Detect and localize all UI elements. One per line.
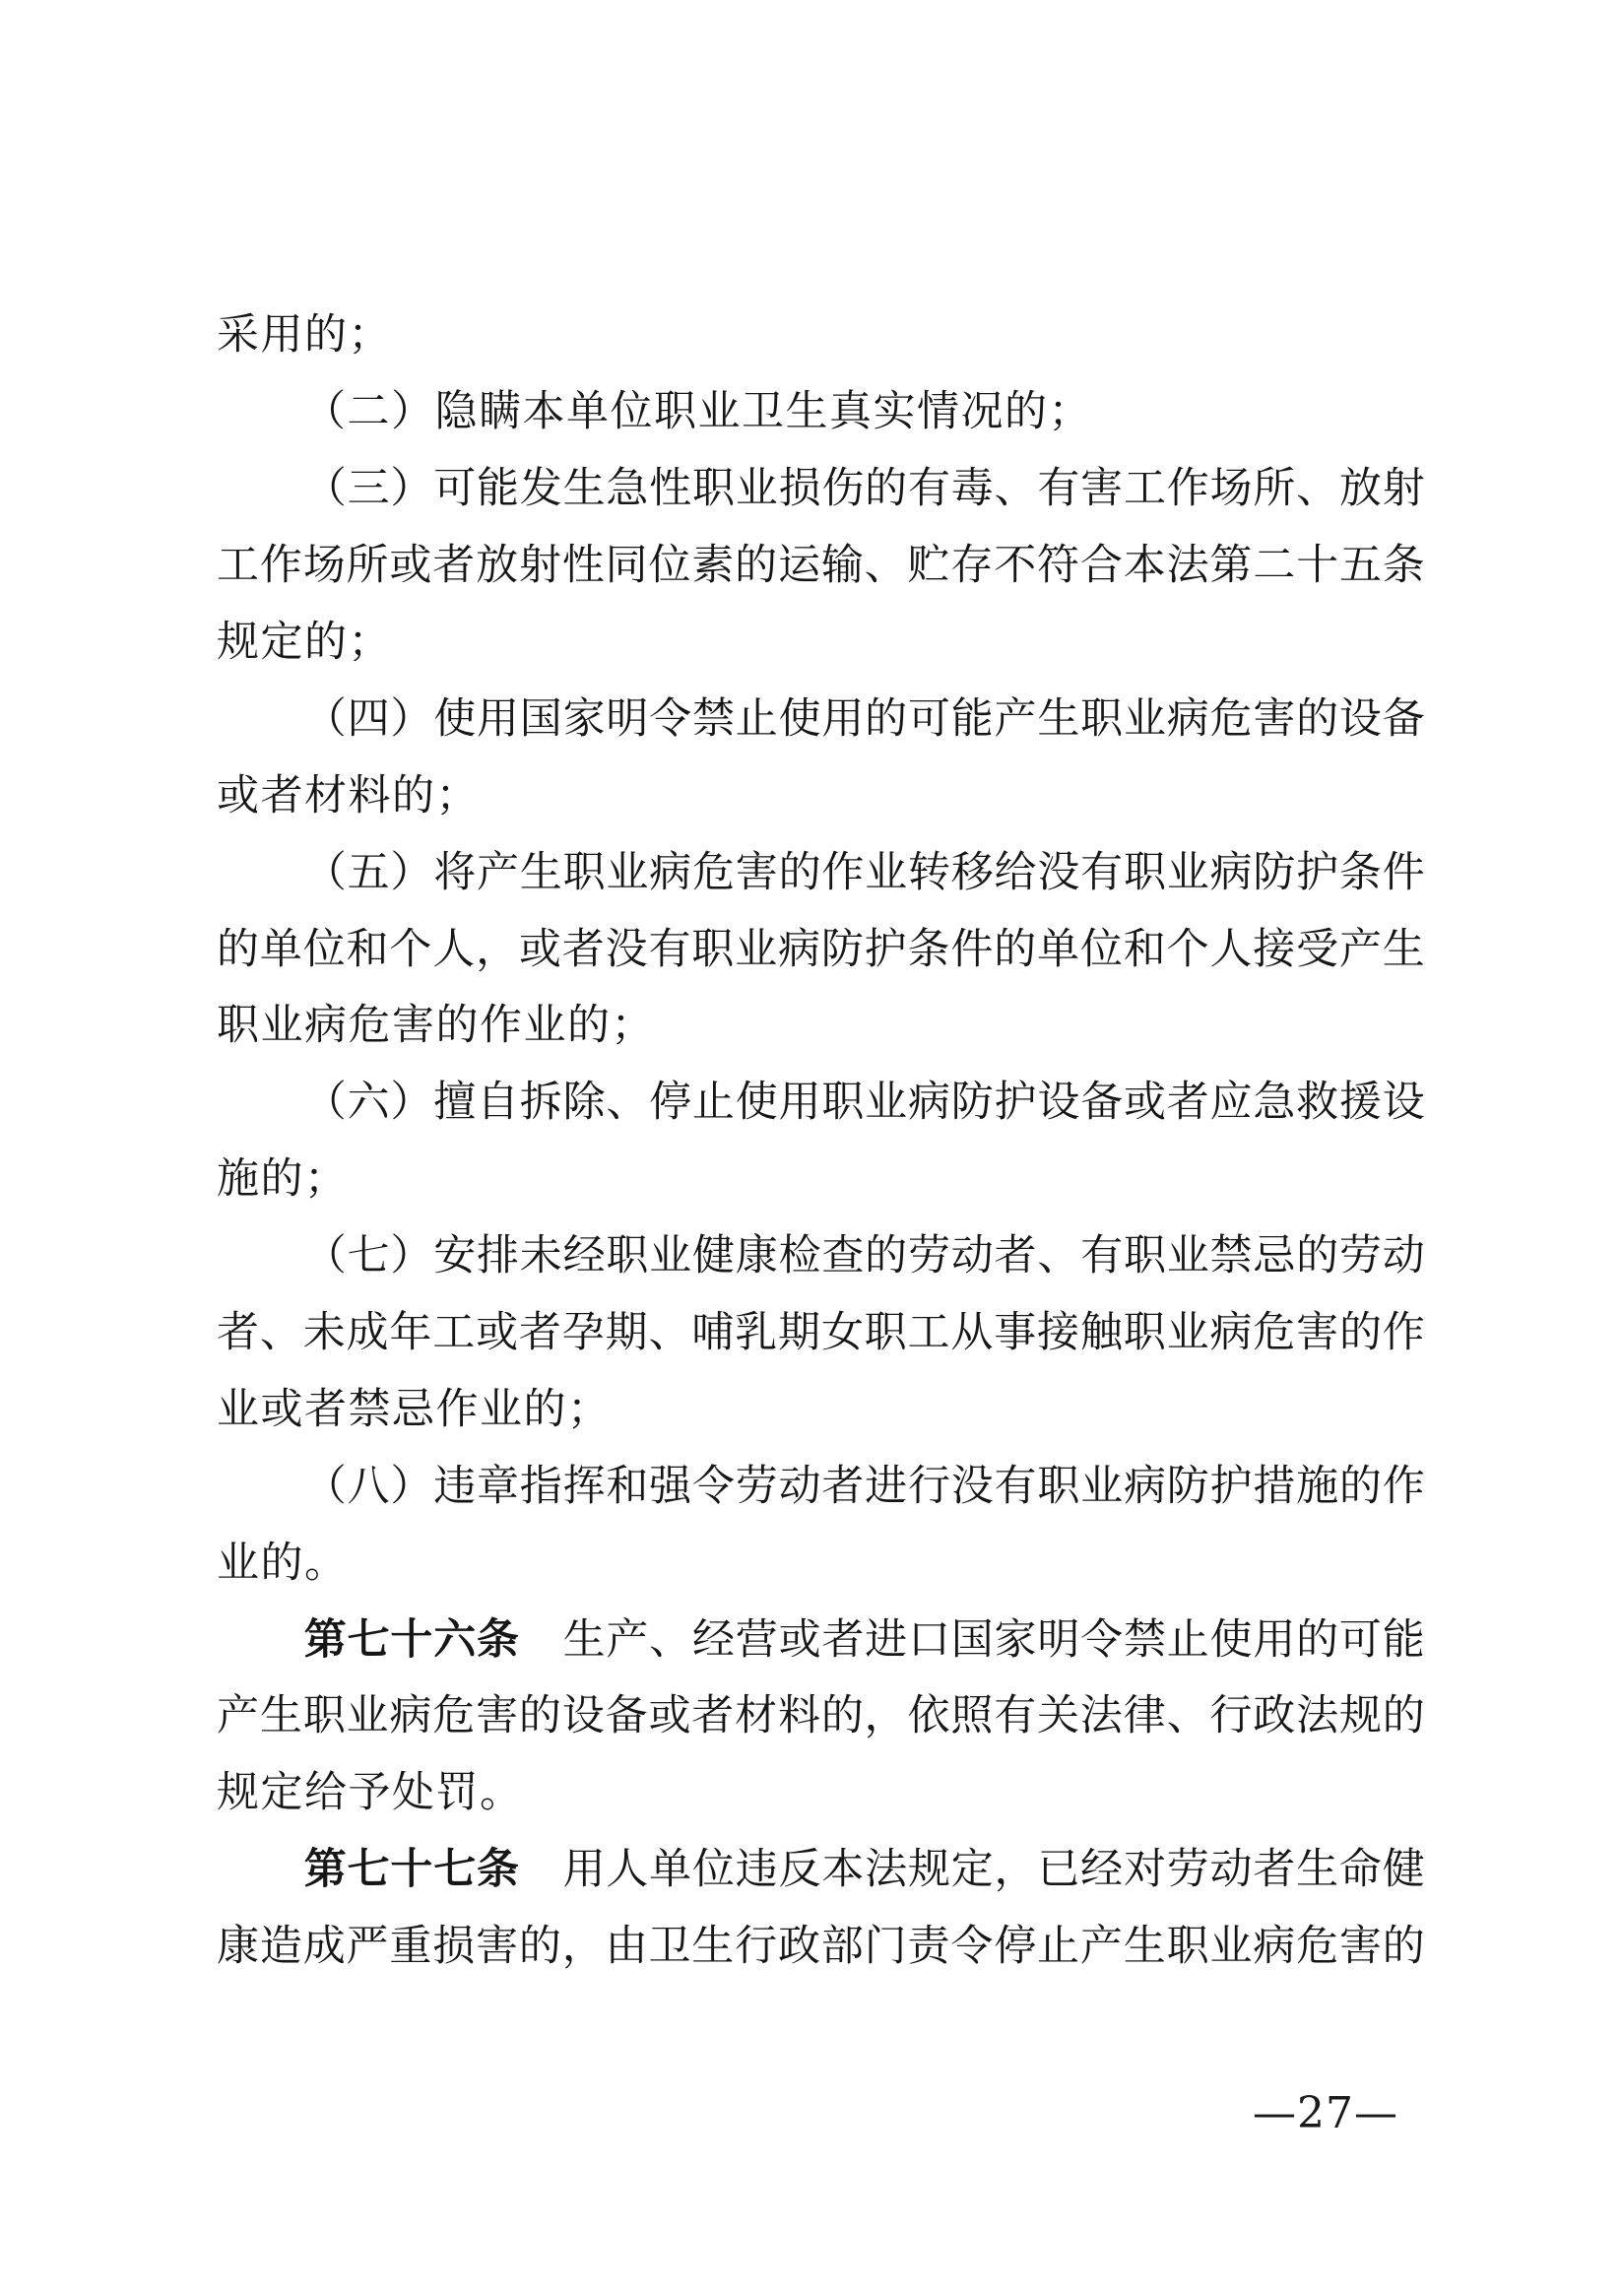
text-char: 者: [821, 1619, 864, 1662]
text-char: 将: [433, 852, 476, 894]
text-char: 设: [562, 1695, 605, 1738]
text-char: 明: [606, 698, 648, 741]
text-char: 病: [1253, 1926, 1295, 1968]
text-char: 有: [1037, 468, 1079, 510]
article-number-char: 第: [304, 1849, 347, 1891]
paragraph-indent: [217, 719, 303, 720]
text-char: 给: [995, 852, 1037, 894]
text-char: 没: [1037, 852, 1079, 894]
text-run: 规定的；: [217, 622, 392, 664]
text-char: 职: [865, 1312, 907, 1354]
text-char: 单: [260, 929, 302, 971]
text-char: 经: [1080, 1849, 1123, 1891]
text-char: 的: [1383, 1695, 1425, 1738]
text-char: 责: [908, 1926, 950, 1968]
text-char: ）: [390, 1235, 432, 1278]
text-char: 六: [348, 1082, 390, 1124]
text-char: 健: [1383, 1849, 1425, 1891]
text-char: 放: [1339, 468, 1382, 510]
text-char: 的: [519, 1695, 561, 1738]
text-char: 职: [1124, 1235, 1166, 1278]
text-char: 工: [1124, 468, 1166, 510]
text-char: 害: [1296, 1312, 1338, 1354]
text-char: 防: [951, 1082, 994, 1124]
text-char: 对: [1124, 1849, 1166, 1891]
text-char: 或: [519, 929, 561, 971]
text-char: 可: [908, 698, 950, 741]
text-char: 的: [1296, 1235, 1338, 1278]
text-run: 采用的；: [217, 314, 392, 357]
text-char: 政: [778, 1926, 820, 1968]
text-char: 料: [778, 1695, 820, 1738]
text-char: 作: [821, 852, 864, 894]
text-char: 禁: [1210, 1235, 1253, 1278]
text-char: 有: [994, 1695, 1036, 1738]
text-char: 产: [995, 698, 1037, 741]
text-run: 或者材料的；: [217, 775, 480, 818]
text-char: 生: [563, 468, 606, 510]
text-char: 忌: [1253, 1235, 1295, 1278]
text-char: 有: [1080, 852, 1123, 894]
text-char: 成: [303, 1926, 346, 1968]
text-char: （: [304, 1082, 347, 1124]
text-char: 国: [520, 698, 562, 741]
text-char: 令: [649, 698, 691, 741]
text-char: 产: [1339, 929, 1382, 971]
paragraph-indent: [217, 1256, 303, 1257]
text-char: 用: [821, 698, 864, 741]
text-char: 劳: [1167, 1849, 1209, 1891]
paragraph-indent: [217, 489, 303, 490]
text-char: 或: [779, 1619, 821, 1662]
text-char: 动: [1210, 1849, 1253, 1891]
text-line: 或者材料的；: [217, 757, 1425, 834]
text-char: 的: [217, 929, 259, 971]
text-char: 害: [1339, 1926, 1382, 1968]
text-char: 或: [476, 1312, 518, 1354]
text-char: 严: [347, 1926, 389, 1968]
page-number: —27—: [1253, 2088, 1398, 2140]
text-char: 职: [303, 1695, 346, 1738]
text-char: 从: [950, 1312, 993, 1354]
article-number-char: 七: [348, 1849, 390, 1891]
text-char: 运: [778, 545, 820, 587]
text-run: 规定给予处罚。: [217, 1772, 524, 1814]
text-char: 除: [563, 1082, 606, 1124]
paragraph-indent: [217, 1640, 303, 1641]
text-char: 指: [520, 1466, 562, 1508]
text-char: 危: [432, 1695, 475, 1738]
text-char: 病: [1167, 698, 1209, 741]
article-number-char: 七: [433, 1849, 476, 1891]
text-char: 劳: [908, 1235, 950, 1278]
text-char: 违: [433, 1466, 476, 1508]
text-char: 检: [779, 1235, 821, 1278]
text-char: 依: [908, 1695, 950, 1738]
text-char: 已: [1037, 1849, 1079, 1891]
text-char: 场: [303, 545, 346, 587]
text-char: 第: [1209, 545, 1252, 587]
paragraph-indent: [217, 1102, 303, 1103]
text-char: 业: [1167, 852, 1209, 894]
text-char: 法: [1167, 545, 1209, 587]
text-char: 应: [1210, 1082, 1253, 1124]
text-char: 门: [865, 1926, 907, 1968]
text-char: 令: [1080, 1619, 1123, 1662]
text-char: 用: [477, 698, 519, 741]
text-char: 职: [1124, 852, 1166, 894]
text-char: 病: [778, 929, 820, 971]
text-char: （: [304, 1466, 347, 1508]
text-char: 作: [1383, 1466, 1425, 1508]
text-char: 的: [865, 468, 907, 510]
text-char: 止: [1167, 1619, 1209, 1662]
text-char: 备: [1383, 698, 1425, 741]
text-char: 止: [736, 698, 778, 741]
text-char: 规: [908, 1849, 950, 1891]
text-char: 护: [865, 929, 907, 971]
text-char: 、: [260, 1312, 302, 1354]
text-char: 材: [735, 1695, 777, 1738]
text-char: 害: [1253, 698, 1295, 741]
text-char: 业: [606, 852, 648, 894]
text-char: 定: [951, 1849, 994, 1891]
text-char: 接: [1253, 929, 1295, 971]
text-char: 乳: [735, 1312, 777, 1354]
text-char: 不: [994, 545, 1036, 587]
text-char: 毒: [951, 468, 994, 510]
text-char: 规: [1339, 1695, 1382, 1738]
text-char: 、: [865, 545, 907, 587]
text-line: 的单位和个人，或者没有职业病防护条件的单位和个人接受产生: [217, 911, 1425, 988]
text-char: 、: [648, 1312, 690, 1354]
text-char: 用: [779, 1082, 821, 1124]
text-char: 强: [649, 1466, 691, 1508]
text-char: 防: [821, 929, 864, 971]
text-char: 者: [1167, 1082, 1209, 1124]
text-char: 业: [1080, 1466, 1123, 1508]
text-char: 者: [432, 545, 475, 587]
text-char: 产: [477, 852, 519, 894]
text-char: 符: [1037, 545, 1079, 587]
text-char: 查: [821, 1235, 864, 1278]
text-char: 生: [1296, 1849, 1338, 1891]
text-char: 件: [950, 929, 993, 971]
text-char: 位: [648, 545, 690, 587]
text-char: 救: [1296, 1082, 1338, 1124]
text-char: 受: [1296, 929, 1338, 971]
text-line: （五）将产生职业病危害的作业转移给没有职业病防护条件: [217, 834, 1425, 911]
text-char: 孕: [562, 1312, 605, 1354]
text-char: 、: [1037, 1235, 1079, 1278]
text-char: 部: [821, 1926, 864, 1968]
text-char: 健: [692, 1235, 735, 1278]
text-char: 三: [348, 468, 390, 510]
text-char: 防: [1167, 1466, 1209, 1508]
text-char: 七: [348, 1235, 390, 1278]
text-char: 事: [994, 1312, 1036, 1354]
text-char: 输: [821, 545, 864, 587]
text-char: 能: [477, 468, 519, 510]
text-char: 急: [1253, 1082, 1295, 1124]
text-char: 或: [1124, 1082, 1166, 1124]
text-char: 业: [865, 852, 907, 894]
text-char: 十: [1296, 545, 1338, 587]
article-number-char: 六: [433, 1619, 476, 1662]
text-run: 职业病危害的作业的；: [217, 1005, 655, 1047]
text-char: 职: [606, 1235, 648, 1278]
text-char: 卫: [648, 1926, 690, 1968]
text-char: 害: [476, 1926, 518, 1968]
text-char: 病: [1124, 1466, 1166, 1508]
text-char: 护: [995, 1082, 1037, 1124]
text-char: 口: [908, 1619, 950, 1662]
text-line: 采用的；: [217, 297, 1425, 374]
text-char: （: [304, 698, 347, 741]
text-char: 生: [1124, 1926, 1166, 1968]
text-char: 性: [562, 545, 605, 587]
article-number-char: 七: [348, 1619, 390, 1662]
text-char: 法: [865, 1849, 907, 1891]
text-char: 产: [217, 1695, 259, 1738]
text-char: 进: [865, 1466, 907, 1508]
text-char: 人: [432, 929, 475, 971]
text-char: 设: [1339, 698, 1382, 741]
text-char: 存: [950, 545, 993, 587]
text-char: 、: [649, 1619, 691, 1662]
text-run: （二）隐瞒本单位职业卫生真实情况的；: [303, 391, 1092, 433]
text-char: 者: [217, 1312, 259, 1354]
text-char: 条: [1383, 545, 1425, 587]
text-char: 者: [821, 1466, 864, 1508]
text-char: 有: [648, 929, 690, 971]
text-char: 行: [735, 1926, 777, 1968]
text-char: 使: [736, 1082, 778, 1124]
text-char: 发: [520, 468, 562, 510]
text-char: 业: [1124, 698, 1166, 741]
text-char: 本: [1124, 545, 1166, 587]
text-char: 造: [260, 1926, 302, 1968]
text-char: 防: [1253, 852, 1295, 894]
text-char: 女: [821, 1312, 864, 1354]
text-char: 备: [1080, 1082, 1123, 1124]
text-char: 用: [563, 1849, 606, 1891]
text-char: 个: [1167, 929, 1209, 971]
text-line: 规定给予处罚。: [217, 1755, 1425, 1832]
text-char: 业: [1167, 1235, 1209, 1278]
text-char: ，: [995, 1849, 1037, 1891]
text-char: 者: [562, 929, 605, 971]
text-char: 拆: [520, 1082, 562, 1124]
text-char: 者: [995, 1235, 1037, 1278]
paragraph-indent: [217, 1486, 303, 1487]
article-number-char: 十: [390, 1849, 432, 1891]
text-char: 有: [995, 1466, 1037, 1508]
text-char: 者: [519, 1312, 561, 1354]
text-char: 业: [735, 929, 777, 971]
text-char: 动: [951, 1235, 994, 1278]
text-char: 使: [779, 698, 821, 741]
text-char: 单: [649, 1849, 691, 1891]
text-char: 和: [347, 929, 389, 971]
text-char: 本: [821, 1849, 864, 1891]
text-char: 成: [347, 1312, 389, 1354]
text-char: 措: [1253, 1466, 1295, 1508]
text-char: 触: [1080, 1312, 1123, 1354]
text-char: 经: [563, 1235, 606, 1278]
text-char: 命: [1339, 1849, 1382, 1891]
text-char: （: [304, 468, 347, 510]
text-char: （: [304, 1235, 347, 1278]
text-char: 家: [563, 698, 606, 741]
text-char: 、: [995, 468, 1037, 510]
paragraph-indent: [217, 873, 303, 874]
text-char: 危: [1253, 1312, 1295, 1354]
text-char: 挥: [563, 1466, 606, 1508]
text-char: 职: [1037, 1466, 1079, 1508]
text-char: 、: [606, 1082, 648, 1124]
text-char: ，: [562, 1926, 605, 1968]
text-char: 照: [950, 1695, 993, 1738]
text-char: （: [304, 852, 347, 894]
text-char: 护: [1296, 852, 1338, 894]
text-char: ，: [865, 1695, 907, 1738]
text-char: 工: [908, 1312, 950, 1354]
word-gap: [520, 1870, 562, 1870]
text-char: 伤: [821, 468, 864, 510]
text-char: 家: [995, 1619, 1037, 1662]
text-char: 或: [648, 1695, 690, 1738]
text-char: 作: [260, 545, 302, 587]
text-char: ）: [390, 1466, 432, 1508]
text-char: 未: [303, 1312, 346, 1354]
text-char: 损: [779, 468, 821, 510]
text-char: 备: [606, 1695, 648, 1738]
text-line: （四）使用国家明令禁止使用的可能产生职业病危害的设备: [217, 681, 1425, 757]
text-char: ）: [390, 1082, 432, 1124]
text-char: 的: [519, 1926, 561, 1968]
text-char: 没: [606, 929, 648, 971]
text-char: 行: [908, 1466, 950, 1508]
text-char: 和: [1124, 929, 1166, 971]
text-line: 者、未成年工或者孕期、哺乳期女职工从事接触职业病危害的作: [217, 1295, 1425, 1372]
text-char: 职: [691, 929, 734, 971]
text-char: 没: [951, 1466, 994, 1508]
text-char: 五: [1339, 545, 1382, 587]
text-line: （六）擅自拆除、停止使用职业病防护设备或者应急救援设: [217, 1065, 1425, 1142]
text-char: 病: [649, 852, 691, 894]
text-char: 合: [1080, 545, 1123, 587]
text-char: 同: [606, 545, 648, 587]
text-char: 移: [951, 852, 994, 894]
text-char: 有: [1080, 1235, 1123, 1278]
text-char: 病: [389, 1695, 431, 1738]
text-char: 条: [908, 929, 950, 971]
text-char: 设: [1037, 1082, 1079, 1124]
text-char: 援: [1339, 1082, 1382, 1124]
text-char: 康: [217, 1926, 259, 1968]
text-char: 排: [477, 1235, 519, 1278]
text-char: 转: [908, 852, 950, 894]
text-char: 能: [1383, 1619, 1425, 1662]
text-char: 年: [389, 1312, 431, 1354]
text-char: 护: [1210, 1466, 1253, 1508]
text-line: 工作场所或者放射性同位素的运输、贮存不符合本法第二十五条: [217, 528, 1425, 605]
text-char: 作: [1383, 1312, 1425, 1354]
text-char: 禁: [1124, 1619, 1166, 1662]
text-char: 条: [1339, 852, 1382, 894]
text-char: 营: [736, 1619, 778, 1662]
text-char: 职: [692, 468, 735, 510]
text-char: 生: [520, 852, 562, 894]
text-char: 位: [303, 929, 346, 971]
text-char: 、: [1167, 1695, 1209, 1738]
text-char: 位: [1080, 929, 1123, 971]
text-char: 令: [950, 1926, 993, 1968]
text-char: 使: [1210, 1619, 1253, 1662]
text-char: 害: [736, 852, 778, 894]
text-line: 业的。: [217, 1525, 1425, 1602]
text-char: 关: [1037, 1695, 1079, 1738]
text-char: 急: [606, 468, 648, 510]
text-block: 采用的；（二）隐瞒本单位职业卫生真实情况的；（三）可能发生急性职业损伤的有毒、有…: [217, 297, 1425, 1986]
text-char: 八: [348, 1466, 390, 1508]
text-char: 业: [1209, 1926, 1252, 1968]
text-char: 损: [432, 1926, 475, 1968]
text-char: 安: [433, 1235, 476, 1278]
text-char: 能: [951, 698, 994, 741]
text-char: 性: [649, 468, 691, 510]
text-char: 生: [1037, 698, 1079, 741]
text-line: 施的；: [217, 1142, 1425, 1218]
text-line: （七）安排未经职业健康检查的劳动者、有职业禁忌的劳动: [217, 1218, 1425, 1295]
text-char: 明: [1037, 1619, 1079, 1662]
text-line: （二）隐瞒本单位职业卫生真实情况的；: [217, 374, 1425, 451]
text-char: 或: [389, 545, 431, 587]
text-char: 素: [691, 545, 734, 587]
text-char: 重: [389, 1926, 431, 1968]
text-char: 作: [1167, 468, 1209, 510]
text-run: 业或者禁忌作业的；: [217, 1389, 612, 1431]
text-char: 的: [1339, 1466, 1382, 1508]
text-char: 动: [779, 1466, 821, 1508]
text-char: 康: [736, 1235, 778, 1278]
text-char: 的: [994, 929, 1036, 971]
text-char: 止: [1037, 1926, 1079, 1968]
text-char: 的: [1383, 1926, 1425, 1968]
text-char: 者: [1253, 1849, 1295, 1891]
text-char: 四: [348, 698, 390, 741]
text-run: 施的；: [217, 1158, 349, 1201]
text-char: 场: [1210, 468, 1253, 510]
text-char: 业: [736, 468, 778, 510]
text-char: 五: [348, 852, 390, 894]
document-page: 采用的；（二）隐瞒本单位职业卫生真实情况的；（三）可能发生急性职业损伤的有毒、有…: [0, 0, 1621, 2296]
text-char: 人: [606, 1849, 648, 1891]
text-char: 单: [1037, 929, 1079, 971]
text-line: 规定的；: [217, 605, 1425, 682]
text-char: 病: [1209, 1312, 1252, 1354]
text-char: 劳: [736, 1466, 778, 1508]
text-line: 业或者禁忌作业的；: [217, 1371, 1425, 1448]
text-char: 的: [735, 545, 777, 587]
text-char: 令: [692, 1466, 735, 1508]
text-char: 生: [691, 1926, 734, 1968]
text-char: 章: [477, 1466, 519, 1508]
text-char: 生: [563, 1619, 606, 1662]
text-char: 的: [1296, 1619, 1338, 1662]
paragraph-indent: [217, 1870, 303, 1870]
